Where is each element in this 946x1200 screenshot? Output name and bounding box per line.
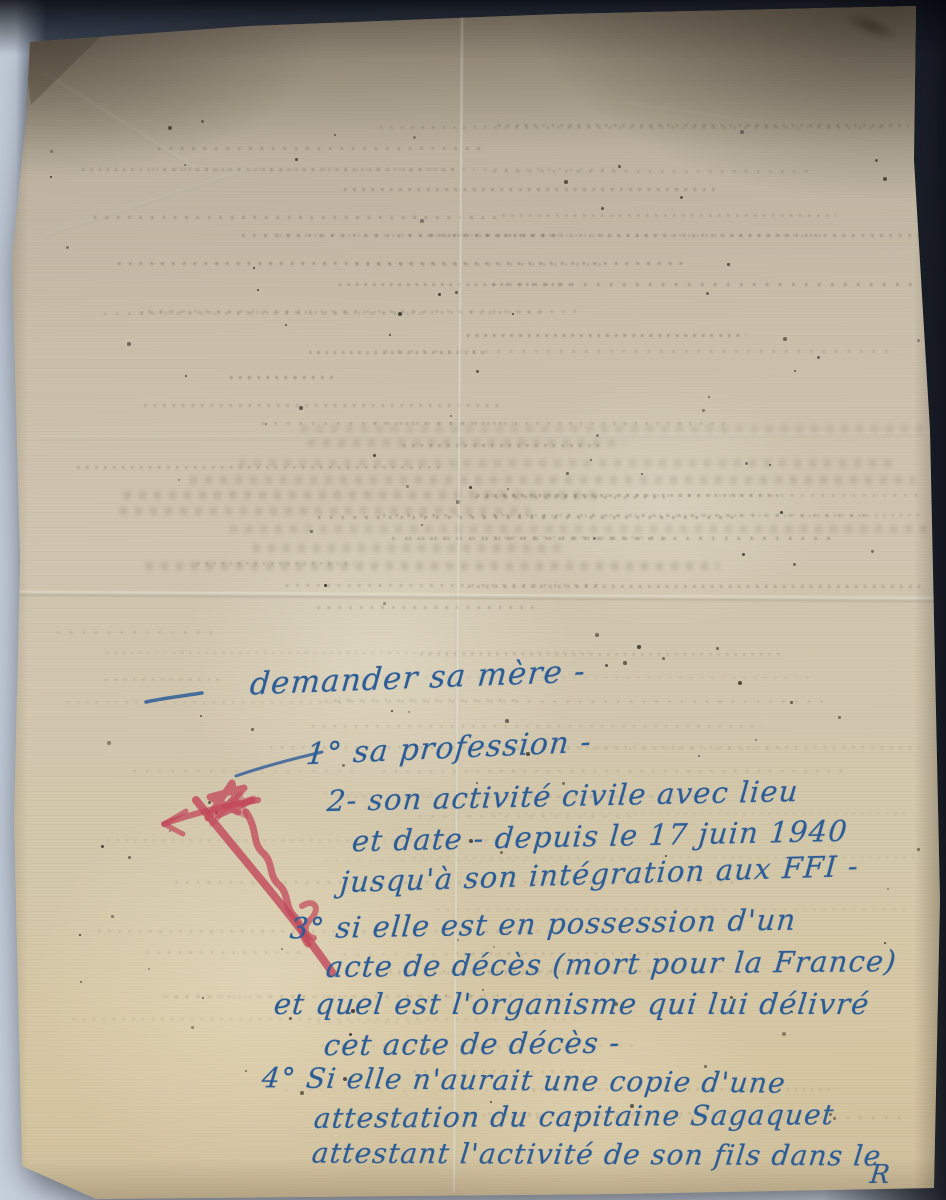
handwritten-line-10: 4° Si elle n'aurait une copie d'une [260,1061,788,1099]
corner-wrinkle [45,166,255,236]
handwritten-line-11: attestation du capitaine Sagaquet [312,1098,836,1135]
top-wrinkle [621,102,879,140]
page-continuation-marker: R [868,1160,892,1190]
top-left-corner-fold [24,34,110,108]
horizontal-fold-crease [10,591,940,602]
top-right-ink-smudge [840,6,901,46]
corner-wrinkle [43,72,197,169]
document-paper: demander sa mère - 1° sa profession - 2-… [0,0,946,1200]
handwritten-line-6: 3° si elle est en possession d'un [289,903,798,946]
photo-scene: demander sa mère - 1° sa profession - 2-… [0,0,946,1200]
handwritten-line-1: demander sa mère - [249,653,588,702]
paper-shadow: demander sa mère - 1° sa profession - 2-… [0,0,946,1200]
handwritten-line-2: 1° sa profession - [304,725,593,773]
handwritten-line-12: attestant l'activité de son fils dans le [310,1137,883,1173]
handwritten-line-7: acte de décès (mort pour la France) [324,944,898,984]
handwritten-line-8: et quel est l'organisme qui lui délivré [272,987,871,1021]
handwritten-line-9: cet acte de décès - [322,1026,622,1063]
